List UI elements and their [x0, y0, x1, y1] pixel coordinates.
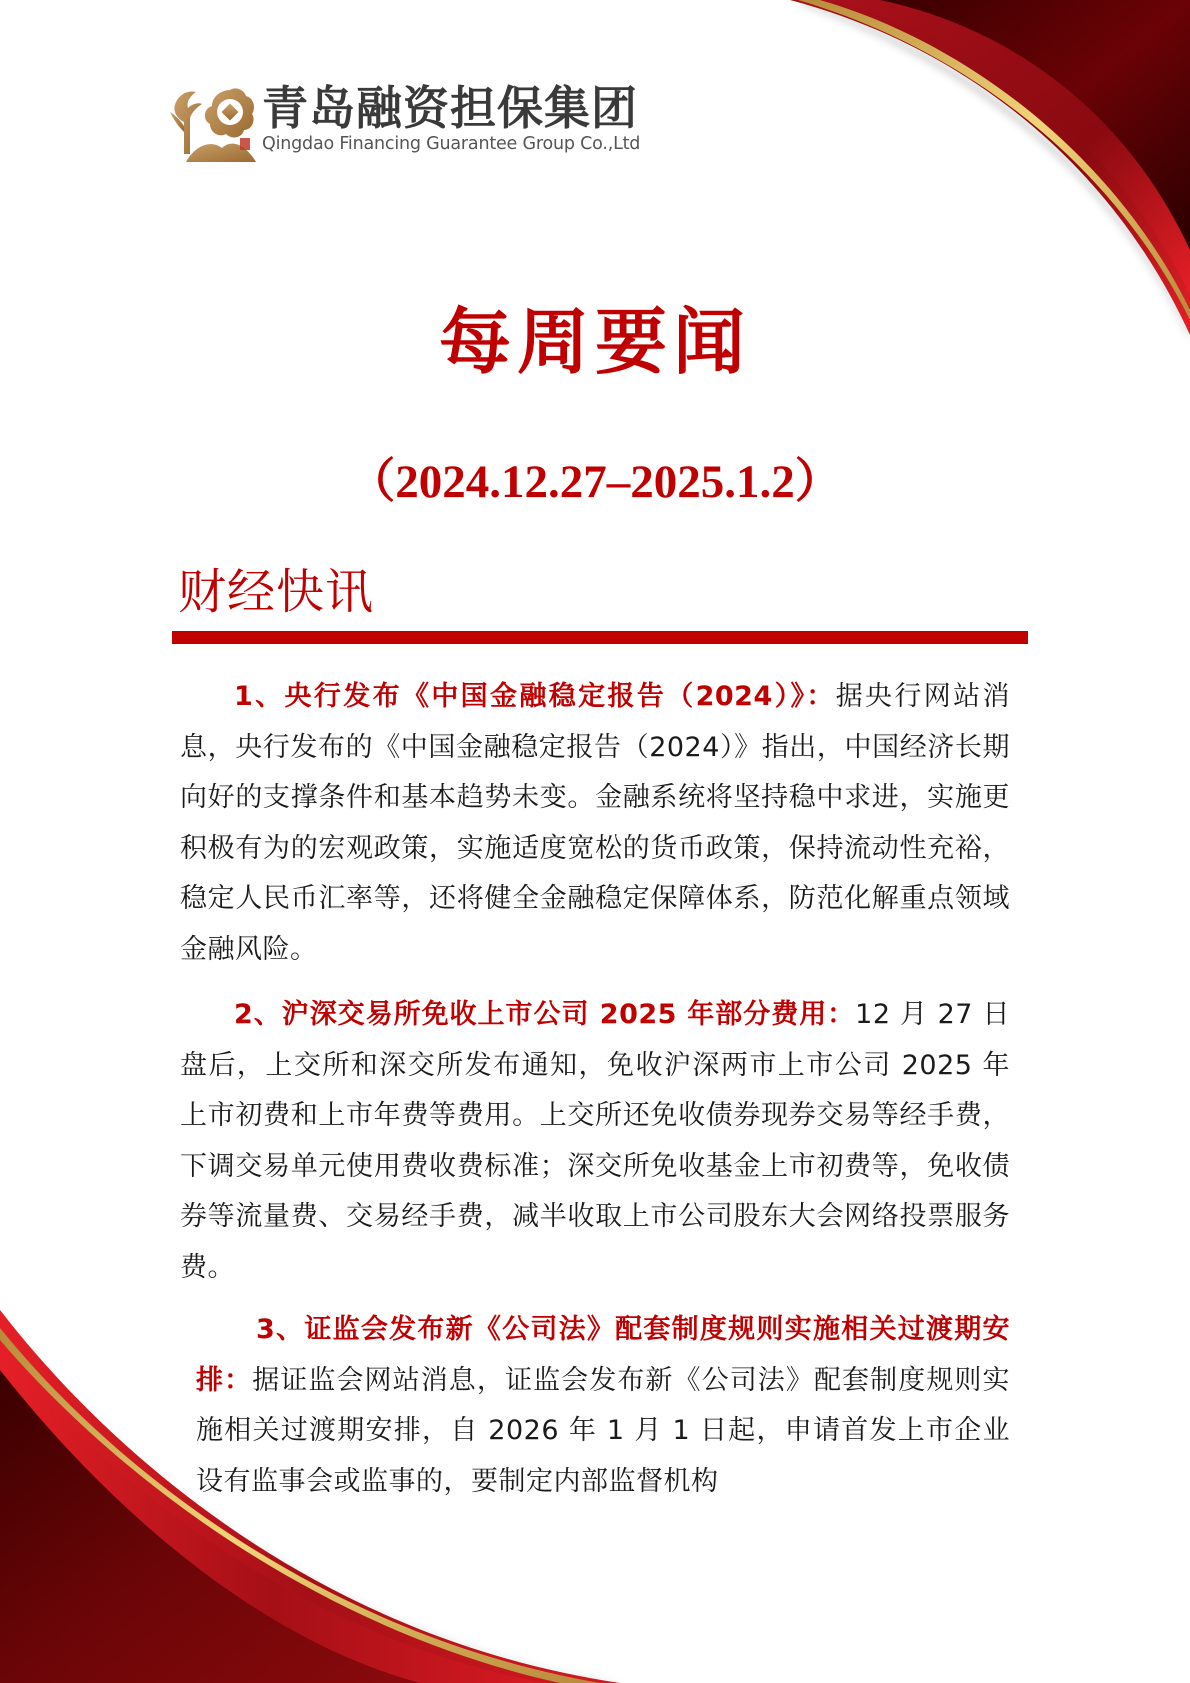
company-name-cn: 青岛融资担保集团: [262, 82, 640, 134]
company-name-en: Qingdao Financing Guarantee Group Co.,Lt…: [262, 134, 640, 154]
news-number: 3、: [256, 1314, 304, 1345]
section-divider: [172, 631, 1028, 644]
section-title: 财经快讯: [178, 562, 374, 622]
news-paragraph: 2、沪深交易所免收上市公司 2025 年部分费用：12 月 27 日盘后，上交所…: [180, 990, 1010, 1293]
date-range: （2024.12.27–2025.1.2）: [0, 454, 1190, 510]
news-body: 据证监会网站消息，证监会发布新《公司法》配套制度规则实施相关过渡期安排，自 20…: [196, 1365, 1010, 1497]
news-headline: 沪深交易所免收上市公司 2025 年部分费用：: [282, 999, 855, 1030]
news-number: 1、: [234, 681, 285, 712]
coin-flower-tree-logo-icon: [166, 82, 258, 162]
news-headline: 央行发布《中国金融稳定报告（2024）》：: [285, 681, 836, 712]
news-paragraph: 3、证监会发布新《公司法》配套制度规则实施相关过渡期安排：据证监会网站消息，证监…: [196, 1305, 1010, 1507]
news-item: 2、沪深交易所免收上市公司 2025 年部分费用：12 月 27 日盘后，上交所…: [180, 990, 1010, 1293]
news-paragraph: 1、央行发布《中国金融稳定报告（2024）》：据央行网站消息，央行发布的《中国金…: [180, 672, 1010, 975]
news-item: 1、央行发布《中国金融稳定报告（2024）》：据央行网站消息，央行发布的《中国金…: [180, 672, 1010, 975]
news-body: 据央行网站消息，央行发布的《中国金融稳定报告（2024）》指出，中国经济长期向好…: [180, 681, 1010, 965]
page-title: 每周要闻: [0, 300, 1190, 384]
news-item: 3、证监会发布新《公司法》配套制度规则实施相关过渡期安排：据证监会网站消息，证监…: [196, 1305, 1010, 1507]
news-number: 2、: [234, 999, 282, 1030]
company-logo: 青岛融资担保集团 Qingdao Financing Guarantee Gro…: [166, 82, 640, 162]
news-body: 12 月 27 日盘后，上交所和深交所发布通知，免收沪深两市上市公司 2025 …: [180, 999, 1010, 1283]
